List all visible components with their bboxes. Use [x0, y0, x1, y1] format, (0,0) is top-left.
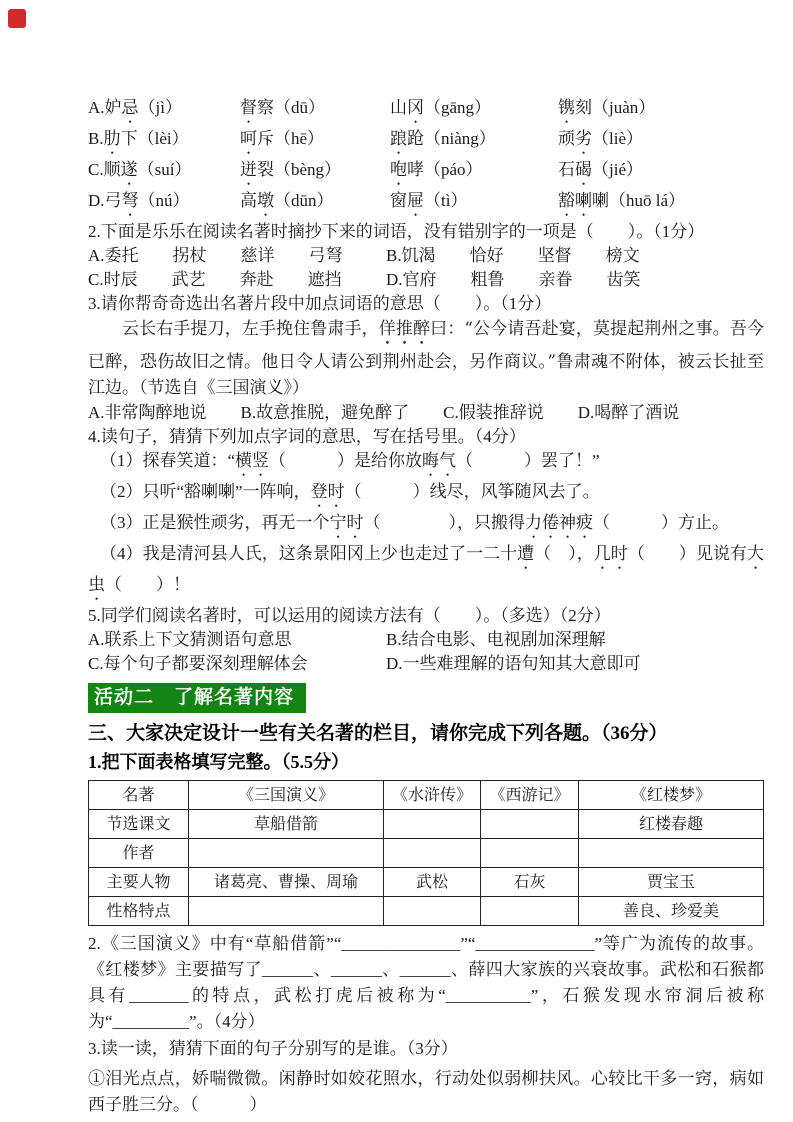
q3-options: A.非常陶醉地说 B.故意推脱，避免醉了 C.假装推辞说 D.喝醉了酒说 [88, 401, 764, 425]
table-cell-blank [579, 839, 764, 868]
table-cell: 作者 [89, 839, 189, 868]
q1-pinyin-options: A.妒忌（jì） 督察（dū） 山冈（gāng） 镌刻（juàn） B.肋下（l… [88, 96, 764, 220]
q2-fill-blank-passage: 2.《三国演义》中有“草船借箭”“______________”“_______… [88, 931, 764, 1035]
table-cell-blank [481, 897, 579, 926]
table-cell-answer: 石灰 [481, 868, 579, 897]
q1-c-term1: C.顺遂（suí） [88, 158, 240, 189]
table-cell-answer: 武松 [384, 868, 481, 897]
table-cell-answer: 草船借箭 [189, 810, 384, 839]
q5-option-b: B.结合电影、电视剧加深理解 [386, 628, 764, 652]
q5-stem: 5.同学们阅读名著时，可以运用的阅读方法有（ ）。（多选）（2分） [88, 604, 764, 628]
q5-options-row-1: A.联系上下文猜测语句意思 B.结合电影、电视剧加深理解 [88, 628, 764, 652]
table-cell-blank [384, 839, 481, 868]
q1-b-term1: B.肋下（lèi） [88, 127, 240, 158]
q1-option-row-b: B.肋下（lèi） 呵斥（hē） 踉跄（niàng） 顽劣（liè） [88, 127, 764, 158]
table-cell: 《西游记》 [481, 781, 579, 810]
table-fill-instruction: 1.把下面表格填写完整。（5.5分） [88, 749, 764, 775]
q2-options-row-1: A.委托 拐杖 慈详 弓弩 B.饥渴 恰好 坚督 榜文 [88, 244, 764, 268]
q4-item-4: （4）我是清河县人氏，这条景阳冈上少也走过了一二十遭（ ），几时（ ）见说有大虫… [88, 542, 764, 604]
q2-option-b: B.饥渴 恰好 坚督 榜文 [386, 244, 764, 268]
q1-d-term4: 豁喇喇（huō lá） [558, 189, 764, 220]
table-row-excerpt: 节选课文 草船借箭 红楼春趣 [89, 810, 764, 839]
table-cell-blank [189, 897, 384, 926]
q5-option-a: A.联系上下文猜测语句意思 [88, 628, 386, 652]
q5-options-row-2: C.每个句子都要深刻理解体会 D.一些难理解的语句知其大意即可 [88, 652, 764, 676]
q1-c-term3: 咆哮（páo） [390, 158, 558, 189]
q4-item-1: （1）探春笑道：“横竖（ ）是给你放晦气（ ）罢了！” [88, 449, 764, 480]
table-cell: 主要人物 [89, 868, 189, 897]
table-cell-answer: 诸葛亮、曹操、周瑜 [189, 868, 384, 897]
q1-d-term1: D.弓弩（nú） [88, 189, 240, 220]
table-row-traits: 性格特点 善良、珍爱美 [89, 897, 764, 926]
table-cell-blank [384, 810, 481, 839]
table-cell: 性格特点 [89, 897, 189, 926]
q1-d-term2: 高墩（dūn） [240, 189, 390, 220]
q1-b-term4: 顽劣（liè） [558, 127, 764, 158]
q1-option-row-c: C.顺遂（suí） 迸裂（bèng） 咆哮（páo） 石碣（jié） [88, 158, 764, 189]
q3-guess-stem: 3.读一读，猜猜下面的句子分别写的是谁。（3分） [88, 1037, 764, 1061]
q2-stem: 2.下面是乐乐在阅读名著时摘抄下来的词语，没有错别字的一项是（ ）。（1分） [88, 220, 764, 244]
table-cell-answer: 善良、珍爱美 [579, 897, 764, 926]
q3-novel-excerpt: 云长右手提刀，左手挽住鲁肃手，佯推醉曰：“公今请吾赴宴，莫提起荆州之事。吾今已醉… [88, 316, 764, 401]
table-cell: 《三国演义》 [189, 781, 384, 810]
q5-option-d: D.一些难理解的语句知其大意即可 [386, 652, 764, 676]
q2-options-row-2: C.时辰 武艺 奔赴 遮挡 D.官府 粗鲁 亲眷 齿笑 [88, 268, 764, 292]
q2-option-c: C.时辰 武艺 奔赴 遮挡 [88, 268, 386, 292]
q1-a-term1: A.妒忌（jì） [88, 96, 240, 127]
section-three-heading: 三、大家决定设计一些有关名著的栏目，请你完成下列各题。（36分） [88, 720, 764, 747]
table-cell-blank [384, 897, 481, 926]
q4-item-3: （3）正是猴性顽劣，再无一个宁时（ ），只搬得力倦神疲（ ）方止。 [88, 511, 764, 542]
q1-a-term4: 镌刻（juàn） [558, 96, 764, 127]
table-cell: 《红楼梦》 [579, 781, 764, 810]
q1-a-term2: 督察（dū） [240, 96, 390, 127]
worksheet-content: A.妒忌（jì） 督察（dū） 山冈（gāng） 镌刻（juàn） B.肋下（l… [88, 96, 764, 1118]
q3-guess-sentence-1: ①泪光点点，娇喘微微。闲静时如姣花照水，行动处似弱柳扶风。心较比干多一窍，病如西… [88, 1066, 764, 1118]
q2-option-a: A.委托 拐杖 慈详 弓弩 [88, 244, 386, 268]
table-cell-blank [189, 839, 384, 868]
table-cell: 节选课文 [89, 810, 189, 839]
famous-works-table: 名著 《三国演义》 《水浒传》 《西游记》 《红楼梦》 节选课文 草船借箭 红楼… [88, 780, 764, 926]
q4-stem: 4.读句子，猜猜下列加点字词的意思，写在括号里。（4分） [88, 425, 764, 449]
red-scan-marker [8, 9, 26, 28]
q1-b-term2: 呵斥（hē） [240, 127, 390, 158]
activity-banner: 活动二 了解名著内容 [88, 683, 306, 713]
table-cell: 名著 [89, 781, 189, 810]
q1-b-term3: 踉跄（niàng） [390, 127, 558, 158]
q2-option-d: D.官府 粗鲁 亲眷 齿笑 [386, 268, 764, 292]
table-row-titles: 名著 《三国演义》 《水浒传》 《西游记》 《红楼梦》 [89, 781, 764, 810]
worksheet-page: { "accent": { "green": "#148414", "red":… [0, 0, 793, 1122]
q1-option-row-d: D.弓弩（nú） 高墩（dūn） 窗屉（tì） 豁喇喇（huō lá） [88, 189, 764, 220]
table-cell-blank [481, 839, 579, 868]
q1-c-term4: 石碣（jié） [558, 158, 764, 189]
q3-stem: 3.请你帮奇奇选出名著片段中加点词语的意思（ ）。（1分） [88, 292, 764, 316]
table-cell-answer: 贾宝玉 [579, 868, 764, 897]
table-cell: 《水浒传》 [384, 781, 481, 810]
table-cell-answer: 红楼春趣 [579, 810, 764, 839]
q4-item-2: （2）只听“豁喇喇”一阵响，登时（ ）线尽，风筝随风去了。 [88, 480, 764, 511]
q5-option-c: C.每个句子都要深刻理解体会 [88, 652, 386, 676]
table-row-author: 作者 [89, 839, 764, 868]
q1-d-term3: 窗屉（tì） [390, 189, 558, 220]
table-row-characters: 主要人物 诸葛亮、曹操、周瑜 武松 石灰 贾宝玉 [89, 868, 764, 897]
q1-c-term2: 迸裂（bèng） [240, 158, 390, 189]
q1-option-row-a: A.妒忌（jì） 督察（dū） 山冈（gāng） 镌刻（juàn） [88, 96, 764, 127]
table-cell-blank [481, 810, 579, 839]
q1-a-term3: 山冈（gāng） [390, 96, 558, 127]
